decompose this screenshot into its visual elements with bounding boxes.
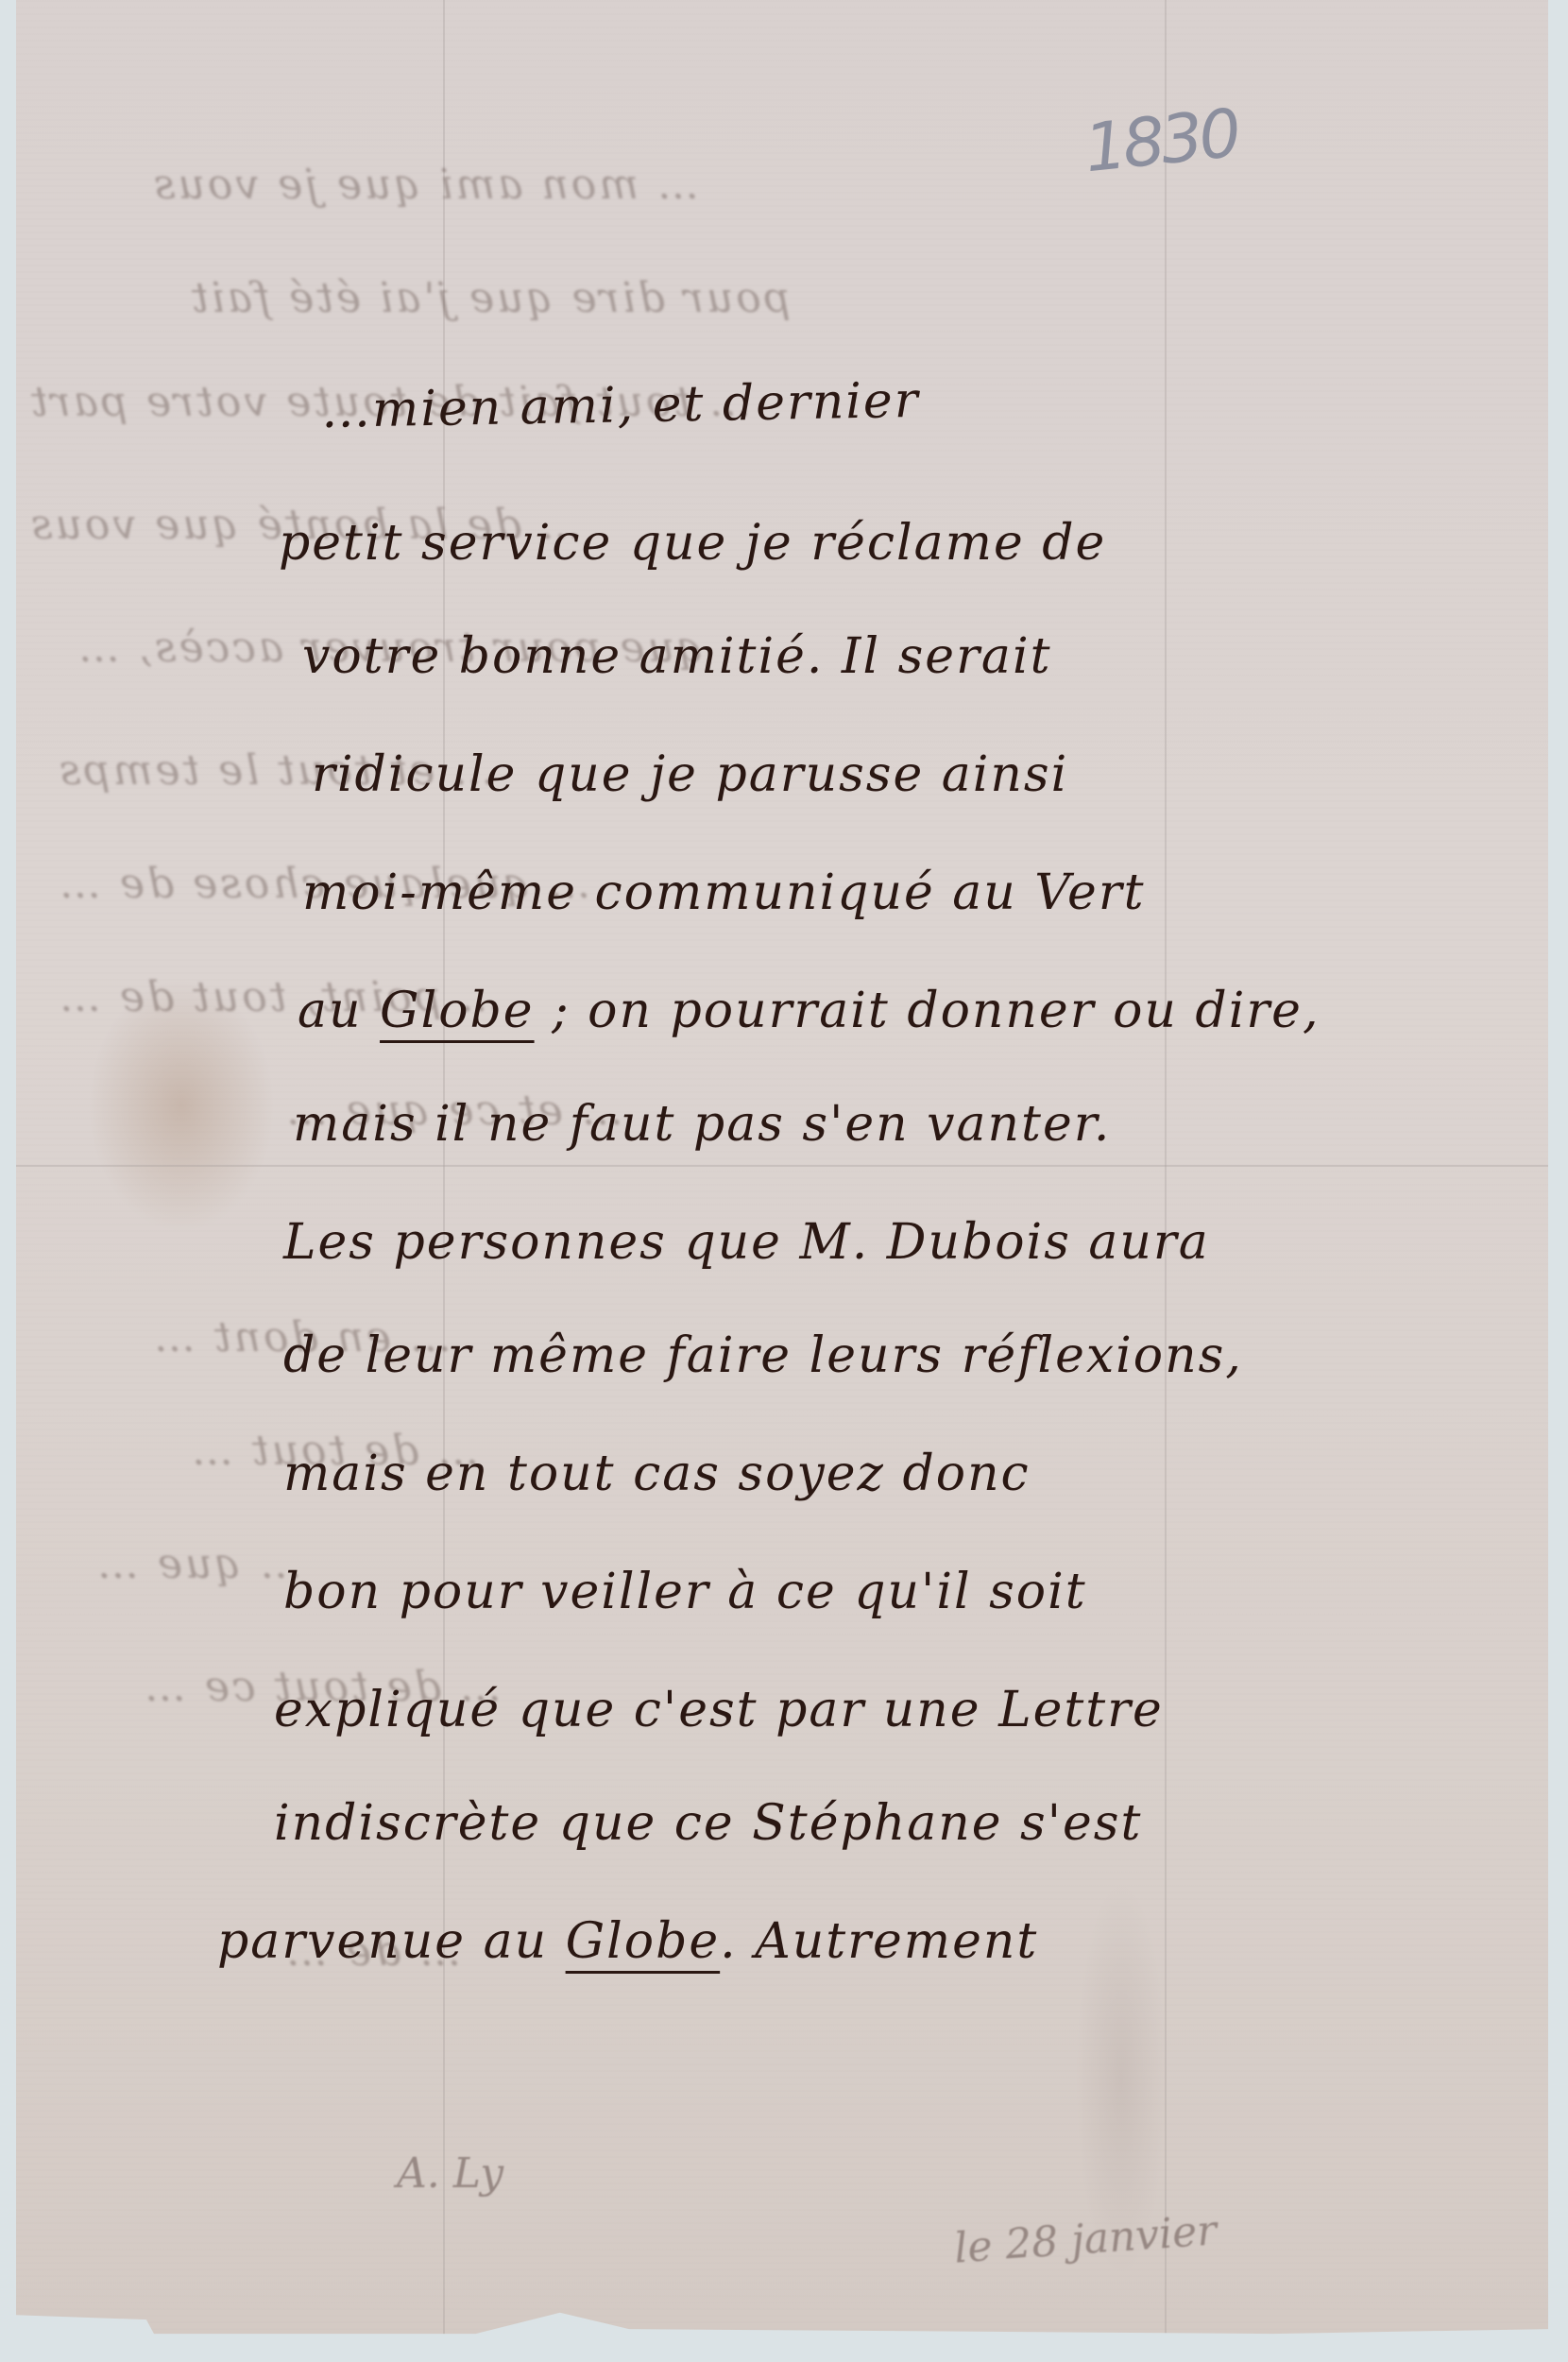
letter-text: ; on pourrait donner ou dire, [535, 983, 1321, 1039]
letter-line: …mien ami, et dernier [320, 372, 920, 439]
underlined-word-globe: Globe [566, 1913, 721, 1970]
letter-line: de leur même faire leurs réflexions, [283, 1327, 1243, 1384]
letter-text: au [298, 983, 380, 1039]
letter-line: votre bonne amitié. Il serait [302, 628, 1051, 685]
fold-line-vertical [443, 0, 445, 2348]
letter-line: mais il ne faut pas s'en vanter. [293, 1096, 1111, 1153]
letter-text: . Autrement [720, 1913, 1038, 1970]
letter-line: Les personnes que M. Dubois aura [283, 1214, 1210, 1271]
pencil-date-annotation: 1830 [1081, 94, 1241, 188]
bleed-through-line: pour dire que j'ai été fait [189, 274, 791, 322]
letter-paper [16, 0, 1548, 2348]
letter-line: parvenue au Globe. Autrement [217, 1913, 1038, 1970]
letter-line: indiscrète que ce Stéphane s'est [274, 1795, 1142, 1852]
letter-line: au Globe ; on pourrait donner ou dire, [298, 983, 1320, 1039]
bleed-through-footer-left: A. Ly [397, 2149, 503, 2198]
underlined-word-globe: Globe [380, 983, 535, 1039]
letter-line: expliqué que c'est par une Lettre [274, 1682, 1164, 1738]
fold-line-horizontal [16, 1165, 1548, 1167]
letter-line: bon pour veiller à ce qu'il soit [283, 1564, 1087, 1620]
letter-line: petit service que je réclame de [279, 515, 1106, 572]
bleed-through-line: … que … [94, 1540, 302, 1588]
letter-text: parvenue au [217, 1913, 566, 1970]
fold-line-vertical [1165, 0, 1167, 2348]
bleed-through-line: … mon ami que je vous [151, 161, 699, 209]
letter-line: moi-même communiqué au Vert [302, 864, 1146, 921]
letter-line: mais en tout cas soyez donc [283, 1446, 1031, 1502]
letter-line: ridicule que je parusse ainsi [312, 746, 1068, 803]
